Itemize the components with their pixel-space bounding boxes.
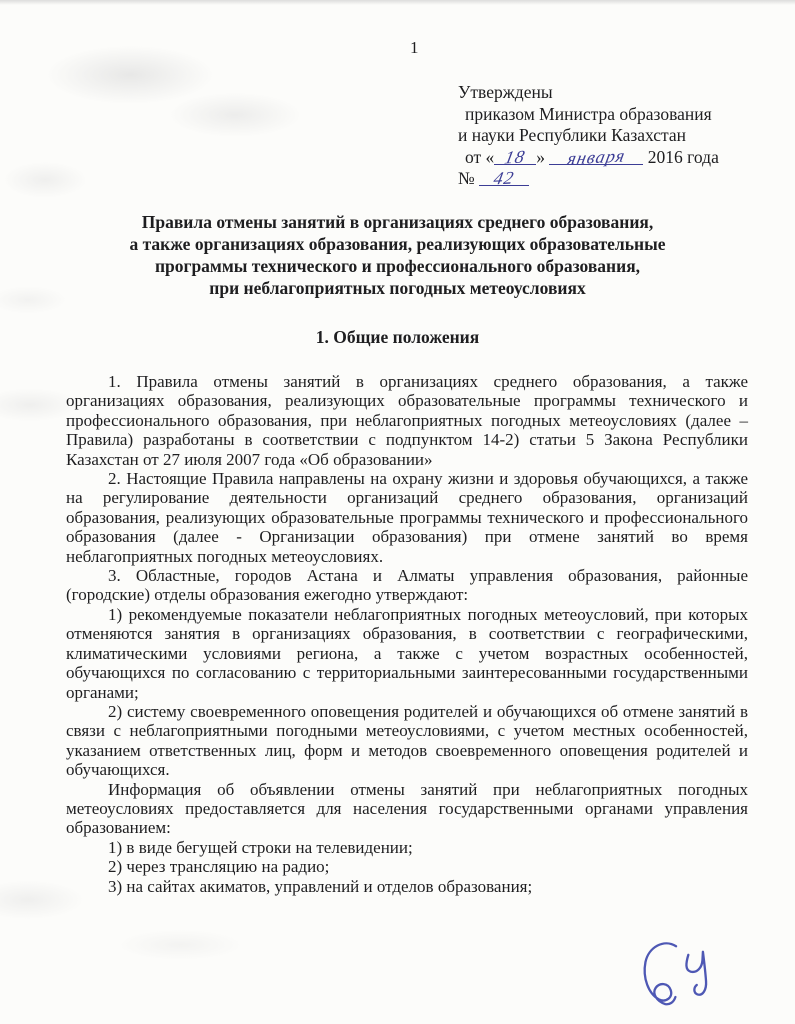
paragraph-3: 3. Областные, городов Астана и Алматы уп… (66, 566, 748, 605)
title-line: Правила отмены занятий в организациях ср… (0, 211, 795, 233)
handwritten-order-number: 42 (493, 170, 516, 185)
subitem-2: 2) систему своевременного оповещения род… (66, 702, 748, 780)
date-year: 2016 года (648, 147, 719, 167)
title-line: а также организациях образования, реализ… (0, 233, 795, 255)
handwritten-month: января (566, 148, 627, 165)
paragraph-2: 2. Настоящие Правила направлены на охран… (66, 469, 748, 566)
section-heading: 1. Общие положения (0, 327, 795, 348)
list-item-tv: 1) в виде бегущей строки на телевидении; (66, 838, 748, 857)
document-title: Правила отмены занятий в организациях ср… (0, 211, 795, 299)
date-prefix: от « (465, 147, 494, 167)
approval-block: Утверждены приказом Министра образования… (458, 82, 719, 190)
handwritten-month-field: января (549, 150, 643, 165)
title-line: при неблагоприятных погодных метеоуслови… (0, 277, 795, 299)
paragraph-1: 1. Правила отмены занятий в организациях… (66, 372, 748, 469)
signature-stroke-c (643, 943, 680, 1006)
signature-initials (632, 932, 733, 1023)
approval-date-line: от «18» января 2016 года (458, 147, 719, 169)
approval-line-approved: Утверждены (458, 82, 719, 104)
paragraph-info: Информация об объявлении отмены занятий … (66, 780, 748, 838)
page-number: 1 (410, 38, 419, 58)
handwritten-day-field: 18 (494, 150, 536, 165)
approval-line-order: приказом Министра образования (458, 104, 719, 126)
handwritten-day: 18 (504, 149, 527, 164)
handwritten-number-field: 42 (479, 171, 529, 186)
approval-line-ministry: и науки Республики Казахстан (458, 125, 719, 147)
approval-number-line: № 42 (458, 168, 719, 190)
scanned-document-page: 1 Утверждены приказом Министра образован… (0, 0, 795, 1024)
signature-stroke-ch (686, 952, 707, 996)
date-close-quote: » (536, 147, 545, 167)
document-body: 1. Правила отмены занятий в организациях… (66, 372, 748, 896)
subitem-1: 1) рекомендуемые показатели неблагоприят… (66, 605, 748, 702)
number-sign: № (458, 168, 475, 188)
list-item-radio: 2) через трансляцию на радио; (66, 857, 748, 876)
list-item-sites: 3) на сайтах акиматов, управлений и отде… (66, 877, 748, 896)
title-line: программы технического и профессионально… (0, 255, 795, 277)
